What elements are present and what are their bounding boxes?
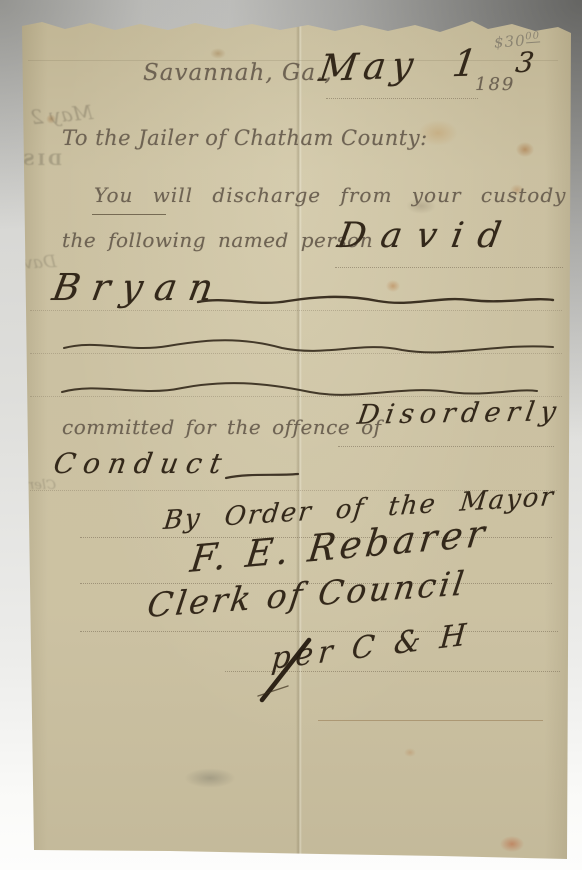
underline-you (92, 214, 166, 215)
stain (500, 836, 524, 852)
body-line-2: the following named person (62, 228, 373, 252)
stain (184, 768, 236, 788)
body-line-1: You will discharge from your custody (94, 183, 566, 207)
prisoner-last-name: Bryan (49, 266, 228, 309)
bleedthrough-name: David Bryan (0, 252, 57, 278)
bleedthrough-date: May 2 (29, 100, 94, 129)
offence-value-1: Disorderly (355, 396, 564, 431)
rule-line (318, 720, 543, 721)
pen-flourish-tick (258, 686, 288, 696)
bleedthrough-clerk: Clerk of Council (0, 478, 56, 493)
rule-line (30, 310, 562, 311)
pencil-cents: 00 (525, 30, 541, 43)
stain (386, 280, 400, 292)
rule-line (335, 267, 563, 268)
handwritten-year-digit: 3 (514, 46, 536, 79)
handwritten-date: May 1 (317, 41, 486, 90)
strike-line-2 (64, 340, 553, 352)
rule-line (338, 446, 554, 447)
rule-line (80, 631, 558, 632)
offence-label: committed for the offence of (62, 415, 382, 439)
photograph-background: $3000 Savannah, Ga., May 1 189 3 May 2 T… (0, 0, 582, 870)
dateline-place: Savannah, Ga., (143, 60, 333, 86)
document-paper: $3000 Savannah, Ga., May 1 189 3 May 2 T… (20, 20, 572, 860)
bleedthrough-discharge: DISCHARGE (0, 150, 62, 169)
salutation-line: To the Jailer of Chatham County: (62, 126, 428, 150)
stain (516, 142, 534, 157)
printed-year-prefix: 189 (475, 74, 515, 95)
rule-line (326, 98, 478, 99)
strike-line-1 (198, 297, 553, 303)
rule-line (30, 353, 562, 354)
offence-value-2: Conduct (51, 447, 232, 480)
stain (210, 48, 226, 59)
conduct-dash (226, 474, 298, 478)
stain (404, 748, 416, 757)
prisoner-first-name: David (334, 216, 518, 256)
